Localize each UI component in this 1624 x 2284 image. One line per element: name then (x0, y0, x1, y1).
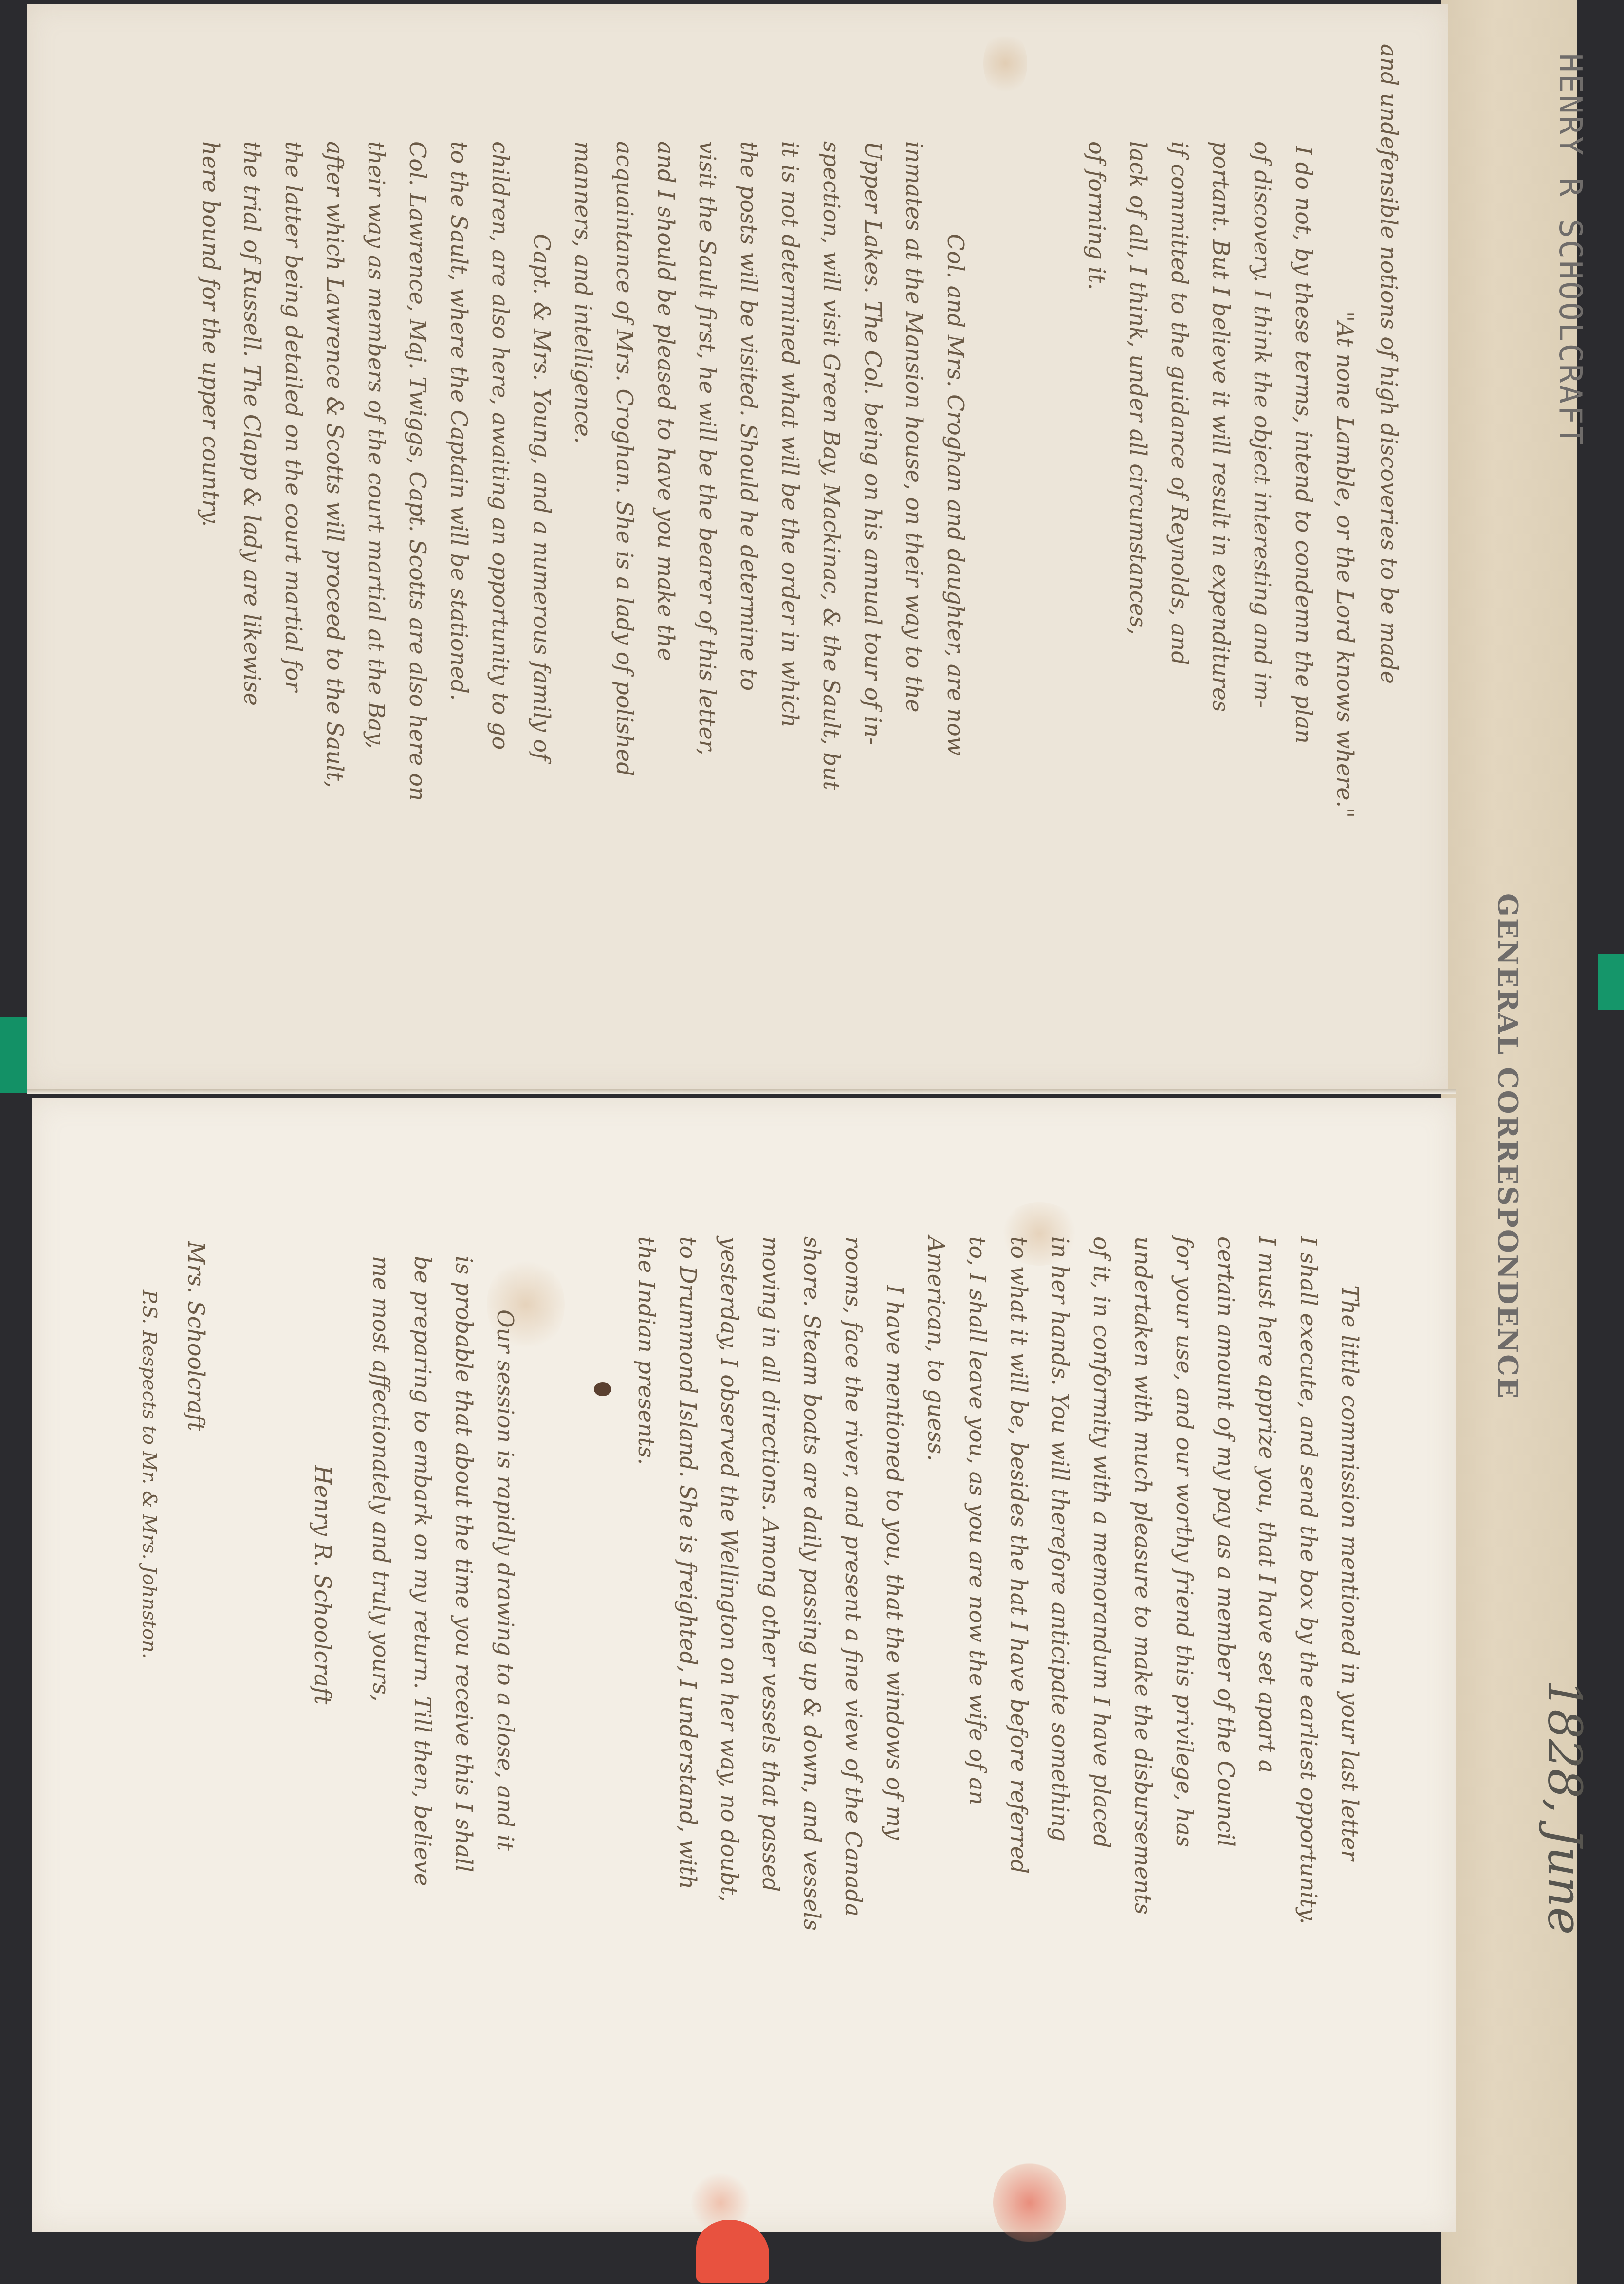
handwritten-line: acquaintance of Mrs. Croghan. She is a l… (611, 141, 638, 776)
handwritten-line: inmates at the Mansion house, on their w… (901, 141, 927, 712)
handwritten-line: the posts will be visited. Should he det… (736, 141, 762, 691)
recipient-name: Mrs. Schoolcraft (183, 1241, 209, 1431)
handwritten-line: yesterday, I observed the Wellington on … (716, 1236, 742, 1902)
handwritten-line: Capt. & Mrs. Young, and a numerous famil… (529, 234, 555, 761)
handwritten-line: I do not, by these terms, intend to cond… (1291, 146, 1317, 744)
handwritten-line: I shall execute, and send the box by the… (1295, 1236, 1322, 1924)
folder-name-label: HENRY R SCHOOLCRAFT (1552, 54, 1588, 447)
handwritten-line: the Indian presents. (633, 1236, 660, 1465)
handwritten-line: their way as members of the court martia… (363, 141, 389, 749)
handwritten-line: moving in all directions. Among other ve… (757, 1236, 784, 1892)
handwritten-line: after which Lawrence & Scotts will proce… (322, 141, 348, 788)
handwritten-line: Col. and Mrs. Croghan and daughter, are … (942, 234, 969, 755)
handwritten-line: it is not determined what will be the or… (777, 141, 803, 728)
handwritten-line: to Drummond Island. She is freighted, I … (675, 1236, 701, 1889)
letter-page-lower (32, 1098, 1456, 2232)
handwritten-line: portant. But I believe it will result in… (1208, 141, 1234, 712)
handwritten-line: children, are also here, awaiting an opp… (487, 141, 514, 750)
postscript: P.S. Respects to Mr. & Mrs. Johnston. (138, 1290, 161, 1658)
green-tab-right (1598, 954, 1624, 1010)
handwritten-line: and I should be pleased to have you make… (653, 141, 679, 661)
handwritten-line: and undefensible notions of high discove… (1376, 44, 1402, 684)
handwritten-line: to the Sault, where the Captain will be … (446, 141, 472, 700)
handwritten-line: of forming it. (1084, 141, 1110, 290)
wax-seal-imprint (993, 2161, 1066, 2244)
handwritten-line: I must here apprize you, that I have set… (1254, 1236, 1280, 1773)
handwritten-line: certain amount of my pay as a member of … (1213, 1236, 1239, 1847)
signature: Henry R. Schoolcraft (310, 1465, 336, 1704)
handwritten-line: Col. Lawrence, Maj. Twiggs, Capt. Scotts… (405, 141, 431, 801)
handwritten-line: shore. Steam boats are daily passing up … (799, 1236, 825, 1931)
handwritten-line: The little commission mentioned in your … (1337, 1285, 1363, 1861)
handwritten-line: undertaken with much pleasure to make th… (1130, 1236, 1156, 1915)
handwritten-line: visit the Sault first, he will be the be… (694, 141, 720, 755)
handwritten-line: manners, and intelligence. (570, 141, 596, 444)
handwritten-line: to what it will be, besides the hat I ha… (1006, 1236, 1032, 1874)
handwritten-line: rooms, face the river, and present a fin… (840, 1236, 867, 1916)
handwritten-line: American, to guess. (923, 1236, 949, 1461)
handwritten-line: the trial of Russell. The Clapp & lady a… (239, 141, 265, 706)
handwritten-line: spection, will visit Green Bay, Mackinac… (818, 141, 845, 790)
handwritten-line: if committed to the guidance of Reynolds… (1166, 141, 1193, 665)
handwritten-line: of it, in conformity with a memorandum I… (1089, 1236, 1115, 1848)
handwritten-line: for your use, and our worthy friend this… (1171, 1236, 1198, 1847)
page-fold (27, 1089, 1456, 1094)
handwritten-line: Our session is rapidly drawing to a clos… (492, 1309, 518, 1851)
handwritten-line: lack of all, I think, under all circumst… (1125, 141, 1151, 635)
handwritten-line: in her hands. You will therefore anticip… (1047, 1236, 1073, 1842)
handwritten-line: is probable that about the time you rece… (451, 1256, 477, 1872)
handwritten-line: Upper Lakes. The Col. being on his annua… (860, 141, 886, 745)
handwritten-line: of discovery. I think the object interes… (1249, 141, 1275, 708)
handwritten-line: here bound for the upper country. (198, 141, 224, 527)
stain (983, 29, 1027, 97)
handwritten-line: "At none Lamble, or the Lord knows where… (1332, 312, 1358, 818)
folder-date-label: 1828, June (1537, 1679, 1592, 1934)
handwritten-line: me most affectionately and truly yours, (368, 1256, 394, 1702)
handwritten-line: I have mentioned to you, that the window… (882, 1285, 908, 1840)
handwritten-line: be preparing to embark on my return. Til… (409, 1256, 436, 1886)
folder-series-label: GENERAL CORRESPONDENCE (1492, 893, 1524, 1400)
handwritten-line: to, I shall leave you, as you are now th… (964, 1236, 991, 1805)
handwritten-line: the latter being detailed on the court m… (280, 141, 307, 692)
ink-blot (594, 1382, 611, 1396)
